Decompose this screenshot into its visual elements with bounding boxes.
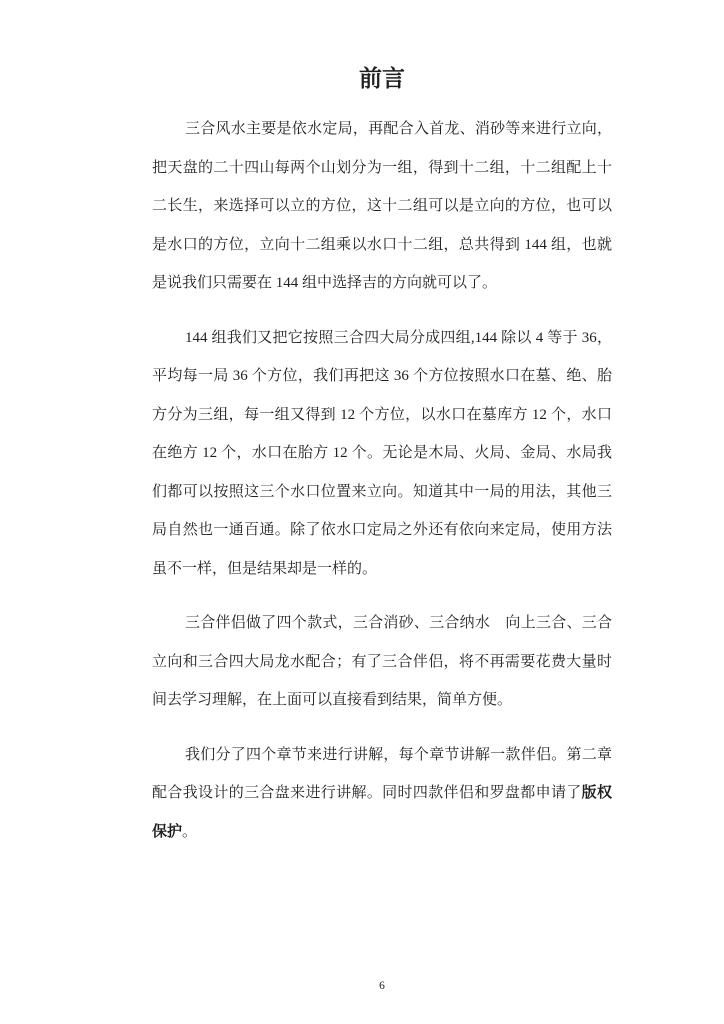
text-segment: 立向和三合四大局龙水配合；有了三合伴侣，将不再需要花费大量时 xyxy=(152,654,612,670)
text-line: 把天盘的二十四山每两个山划分为一组，得到十二组，十二组配上十 xyxy=(152,149,612,188)
text-segment: 局自然也一通百通。除了依水口定局之外还有依向来定局，使用方法 xyxy=(152,522,612,538)
text-segment: 144 组我们又把它按照三合四大局分成四组,144 除以 4 等于 36， xyxy=(185,330,612,346)
text-line: 我们分了四个章节来进行讲解，每个章节讲解一款伴侣。第二章 xyxy=(152,736,612,775)
bold-text-segment: 保护 xyxy=(152,824,182,840)
paragraph: 三合风水主要是依水定局，再配合入首龙、消砂等来进行立向，把天盘的二十四山每两个山… xyxy=(152,110,612,303)
text-segment: 方分为三组，每一组又得到 12 个方位，以水口在墓库方 12 个，水口 xyxy=(152,407,612,423)
text-line: 方分为三组，每一组又得到 12 个方位，以水口在墓库方 12 个，水口 xyxy=(152,396,612,435)
text-line: 三合伴侣做了四个款式，三合消砂、三合纳水 向上三合、三合 xyxy=(152,604,612,643)
text-segment: 在绝方 12 个，水口在胎方 12 个。无论是木局、火局、金局、水局我 xyxy=(152,445,612,461)
text-segment: 间去学习理解，在上面可以直接看到结果，简单方便。 xyxy=(152,692,512,708)
text-segment: 三合风水主要是依水定局，再配合入首龙、消砂等来进行立向， xyxy=(185,121,612,137)
text-line: 保护。 xyxy=(152,813,612,852)
text-segment: 把天盘的二十四山每两个山划分为一组，得到十二组，十二组配上十 xyxy=(152,160,612,176)
paragraph: 三合伴侣做了四个款式，三合消砂、三合纳水 向上三合、三合立向和三合四大局龙水配合… xyxy=(152,604,612,720)
text-segment: 二长生，来选择可以立的方位，这十二组可以是立向的方位，也可以 xyxy=(152,198,612,214)
text-segment: 是水口的方位，立向十二组乘以水口十二组，总共得到 144 组，也就 xyxy=(152,237,612,253)
text-line: 立向和三合四大局龙水配合；有了三合伴侣，将不再需要花费大量时 xyxy=(152,643,612,682)
text-line: 们都可以按照这三个水口位置来立向。知道其中一局的用法，其他三 xyxy=(152,473,612,512)
document-content: 前言 三合风水主要是依水定局，再配合入首龙、消砂等来进行立向，把天盘的二十四山每… xyxy=(152,63,612,867)
paragraph: 我们分了四个章节来进行讲解，每个章节讲解一款伴侣。第二章配合我设计的三合盘来进行… xyxy=(152,736,612,852)
text-segment: 是说我们只需要在 144 组中选择吉的方向就可以了。 xyxy=(152,275,497,291)
bold-text-segment: 版权 xyxy=(582,785,612,801)
document-body: 三合风水主要是依水定局，再配合入首龙、消砂等来进行立向，把天盘的二十四山每两个山… xyxy=(152,110,612,851)
text-line: 是水口的方位，立向十二组乘以水口十二组，总共得到 144 组，也就 xyxy=(152,226,612,265)
document-page: 前言 三合风水主要是依水定局，再配合入首龙、消砂等来进行立向，把天盘的二十四山每… xyxy=(0,0,724,1024)
text-line: 间去学习理解，在上面可以直接看到结果，简单方便。 xyxy=(152,681,612,720)
text-segment: 配合我设计的三合盘来进行讲解。同时四款伴侣和罗盘都申请了 xyxy=(152,785,582,801)
text-line: 在绝方 12 个，水口在胎方 12 个。无论是木局、火局、金局、水局我 xyxy=(152,434,612,473)
text-segment: 三合伴侣做了四个款式，三合消砂、三合纳水 向上三合、三合 xyxy=(185,615,612,631)
text-line: 是说我们只需要在 144 组中选择吉的方向就可以了。 xyxy=(152,264,612,303)
text-line: 144 组我们又把它按照三合四大局分成四组,144 除以 4 等于 36， xyxy=(152,319,612,358)
text-line: 二长生，来选择可以立的方位，这十二组可以是立向的方位，也可以 xyxy=(152,187,612,226)
text-segment: 。 xyxy=(182,824,197,840)
text-line: 虽不一样，但是结果却是一样的。 xyxy=(152,550,612,589)
text-segment: 平均每一局 36 个方位，我们再把这 36 个方位按照水口在墓、绝、胎 xyxy=(152,368,612,384)
text-line: 配合我设计的三合盘来进行讲解。同时四款伴侣和罗盘都申请了版权 xyxy=(152,774,612,813)
text-line: 三合风水主要是依水定局，再配合入首龙、消砂等来进行立向， xyxy=(152,110,612,149)
paragraph: 144 组我们又把它按照三合四大局分成四组,144 除以 4 等于 36，平均每… xyxy=(152,319,612,589)
text-line: 局自然也一通百通。除了依水口定局之外还有依向来定局，使用方法 xyxy=(152,511,612,550)
text-segment: 们都可以按照这三个水口位置来立向。知道其中一局的用法，其他三 xyxy=(152,484,612,500)
text-segment: 虽不一样，但是结果却是一样的。 xyxy=(152,561,377,577)
page-title: 前言 xyxy=(152,63,612,95)
text-line: 平均每一局 36 个方位，我们再把这 36 个方位按照水口在墓、绝、胎 xyxy=(152,357,612,396)
text-segment: 我们分了四个章节来进行讲解，每个章节讲解一款伴侣。第二章 xyxy=(185,747,612,763)
page-number: 6 xyxy=(152,978,612,994)
